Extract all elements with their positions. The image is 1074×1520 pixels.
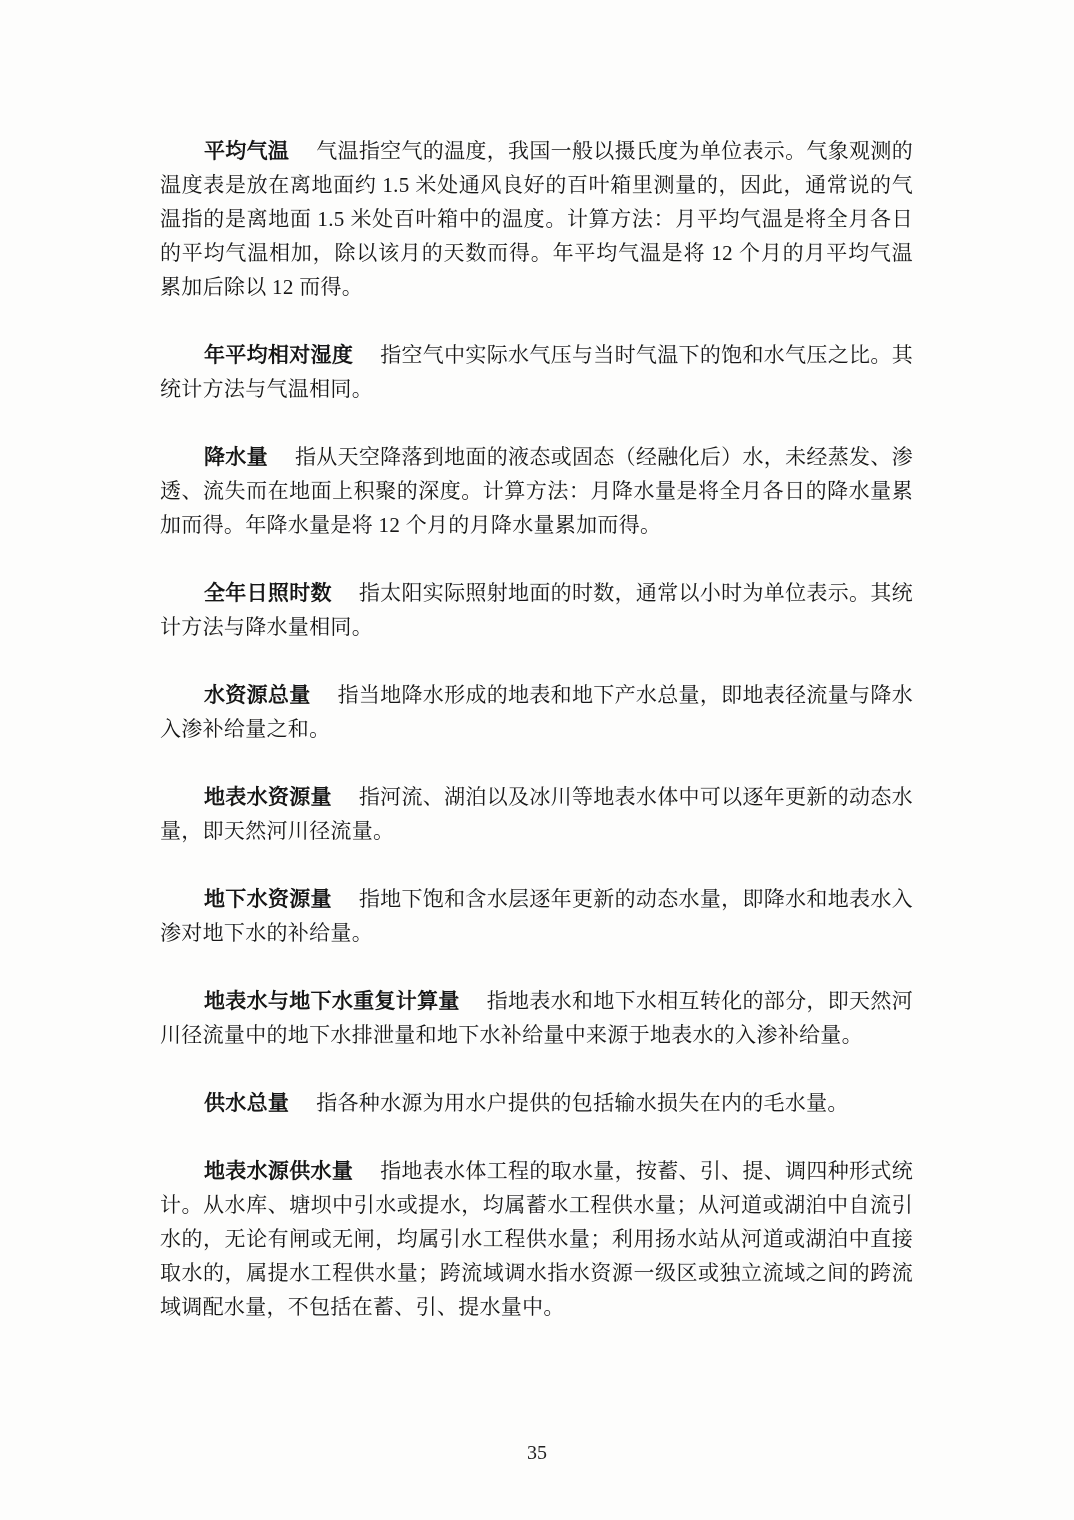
term-label: 地下水资源量 [204, 887, 332, 911]
definition-paragraph: 地表水源供水量指地表水体工程的取水量，按蓄、引、提、调四种形式统计。从水库、塘坝… [160, 1154, 913, 1324]
definition-paragraph: 水资源总量指当地降水形成的地表和地下产水总量，即地表径流量与降水入渗补给量之和。 [160, 678, 913, 746]
definition-text: 指各种水源为用水户提供的包括输水损失在内的毛水量。 [316, 1091, 849, 1115]
term-label: 平均气温 [204, 139, 289, 163]
definition-paragraph: 地表水资源量指河流、湖泊以及冰川等地表水体中可以逐年更新的动态水量，即天然河川径… [160, 780, 913, 848]
definition-text: 指地表水体工程的取水量，按蓄、引、提、调四种形式统计。从水库、塘坝中引水或提水，… [160, 1159, 913, 1319]
definition-paragraph: 全年日照时数指太阳实际照射地面的时数，通常以小时为单位表示。其统计方法与降水量相… [160, 576, 913, 644]
term-label: 全年日照时数 [204, 581, 332, 605]
term-label: 供水总量 [204, 1091, 289, 1115]
definition-paragraph: 地表水与地下水重复计算量指地表水和地下水相互转化的部分，即天然河川径流量中的地下… [160, 984, 913, 1052]
term-label: 地表水源供水量 [204, 1159, 353, 1183]
definition-text: 指从天空降落到地面的液态或固态（经融化后）水，未经蒸发、渗透、流失而在地面上积聚… [160, 445, 913, 537]
definition-paragraph: 供水总量指各种水源为用水户提供的包括输水损失在内的毛水量。 [160, 1086, 913, 1120]
page-number: 35 [0, 1442, 1074, 1465]
term-label: 地表水资源量 [204, 785, 332, 809]
term-label: 水资源总量 [204, 683, 311, 707]
definition-paragraph: 年平均相对湿度指空气中实际水气压与当时气温下的饱和水气压之比。其统计方法与气温相… [160, 338, 913, 406]
definition-paragraph: 地下水资源量指地下饱和含水层逐年更新的动态水量，即降水和地表水入渗对地下水的补给… [160, 882, 913, 950]
term-label: 降水量 [204, 445, 268, 469]
term-label: 地表水与地下水重复计算量 [204, 989, 460, 1013]
document-page: 平均气温气温指空气的温度，我国一般以摄氏度为单位表示。气象观测的温度表是放在离地… [0, 0, 1074, 1520]
definition-paragraph: 降水量指从天空降落到地面的液态或固态（经融化后）水，未经蒸发、渗透、流失而在地面… [160, 440, 913, 542]
glossary-content: 平均气温气温指空气的温度，我国一般以摄氏度为单位表示。气象观测的温度表是放在离地… [160, 134, 913, 1324]
definition-text: 气温指空气的温度，我国一般以摄氏度为单位表示。气象观测的温度表是放在离地面约 1… [160, 139, 913, 299]
definition-paragraph: 平均气温气温指空气的温度，我国一般以摄氏度为单位表示。气象观测的温度表是放在离地… [160, 134, 913, 304]
term-label: 年平均相对湿度 [204, 343, 353, 367]
